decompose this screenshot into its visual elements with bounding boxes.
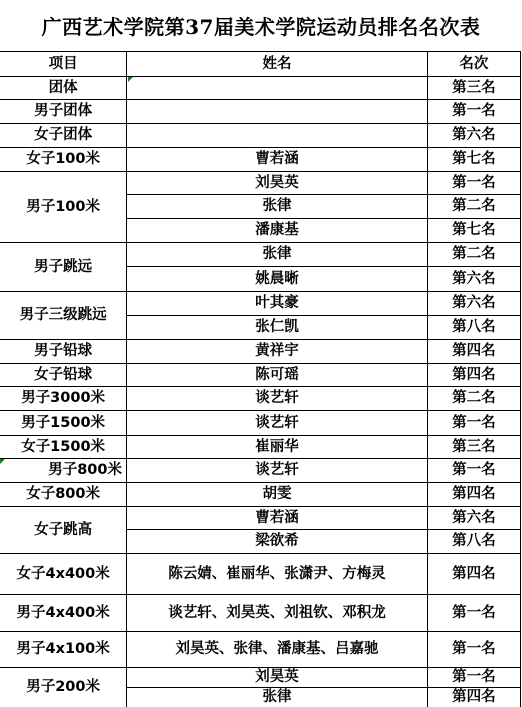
event-cell[interactable]: 女子1500米 (0, 436, 127, 459)
rank-cell[interactable]: 第一名 (427, 459, 520, 483)
table-row: 男子4x100米 刘昊英、张律、潘康基、吕嘉驰 第一名 (0, 632, 521, 668)
cell-comment-marker-icon (0, 459, 5, 464)
rank-cell[interactable]: 第七名 (427, 219, 520, 243)
name-cell[interactable]: 陈云婧、崔丽华、张潇尹、方梅灵 (127, 554, 428, 595)
sheet-title: 广西艺术学院第37届美术学院运动员排名名次表 (0, 0, 522, 51)
event-cell[interactable]: 男子3000米 (0, 387, 127, 411)
event-cell[interactable]: 男子4x100米 (0, 632, 127, 668)
ranking-table: 项目 姓名 名次 团体 第三名 男子团体 第一名 女子团体 第六名 女子100米… (0, 51, 521, 707)
table-row: 女子铅球 陈可瑶 第四名 (0, 364, 521, 387)
table-row: 女子团体 第六名 (0, 124, 521, 148)
rank-cell[interactable]: 第四名 (427, 483, 520, 507)
name-cell[interactable]: 胡雯 (127, 483, 428, 507)
event-cell[interactable]: 女子800米 (0, 483, 127, 507)
name-cell[interactable]: 谈艺轩 (127, 459, 428, 483)
rank-cell[interactable]: 第六名 (427, 292, 520, 316)
header-event[interactable]: 项目 (0, 52, 127, 77)
rank-cell[interactable]: 第二名 (427, 243, 520, 267)
event-cell[interactable]: 男子跳远 (0, 243, 127, 292)
name-cell[interactable]: 姚晨晰 (127, 267, 428, 292)
header-rank[interactable]: 名次 (427, 52, 520, 77)
name-cell[interactable] (127, 100, 428, 124)
rank-cell[interactable]: 第四名 (427, 688, 520, 707)
name-cell[interactable] (127, 124, 428, 148)
event-cell[interactable]: 男子800米 (0, 459, 127, 483)
rank-cell[interactable]: 第七名 (427, 148, 520, 172)
event-cell[interactable]: 男子100米 (0, 172, 127, 243)
table-row: 男子800米 谈艺轩 第一名 (0, 459, 521, 483)
table-row: 男子1500米 谈艺轩 第一名 (0, 411, 521, 436)
rank-cell[interactable]: 第三名 (427, 436, 520, 459)
name-cell[interactable]: 刘昊英 (127, 172, 428, 195)
name-cell[interactable]: 梁欲希 (127, 530, 428, 554)
rank-cell[interactable]: 第二名 (427, 387, 520, 411)
name-cell[interactable] (127, 77, 428, 100)
ranking-table-container: 项目 姓名 名次 团体 第三名 男子团体 第一名 女子团体 第六名 女子100米… (0, 51, 522, 707)
name-cell[interactable]: 张律 (127, 243, 428, 267)
rank-cell[interactable]: 第六名 (427, 507, 520, 530)
table-row: 女子跳高 曹若涵 第六名 (0, 507, 521, 530)
rank-cell[interactable]: 第六名 (427, 124, 520, 148)
name-cell[interactable]: 陈可瑶 (127, 364, 428, 387)
event-cell[interactable]: 男子团体 (0, 100, 127, 124)
rank-cell[interactable]: 第六名 (427, 267, 520, 292)
table-row: 男子200米 刘昊英 第一名 (0, 668, 521, 688)
table-row: 男子3000米 谈艺轩 第二名 (0, 387, 521, 411)
name-cell[interactable]: 刘昊英 (127, 668, 428, 688)
name-cell[interactable]: 张律 (127, 195, 428, 219)
rank-cell[interactable]: 第一名 (427, 632, 520, 668)
event-cell[interactable]: 男子铅球 (0, 340, 127, 364)
name-cell[interactable]: 潘康基 (127, 219, 428, 243)
rank-cell[interactable]: 第三名 (427, 77, 520, 100)
name-cell[interactable]: 谈艺轩、刘昊英、刘祖钦、邓积龙 (127, 595, 428, 632)
rank-cell[interactable]: 第八名 (427, 530, 520, 554)
rank-cell[interactable]: 第四名 (427, 364, 520, 387)
table-row: 男子三级跳远 叶其豪 第六名 (0, 292, 521, 316)
name-cell[interactable]: 曹若涵 (127, 507, 428, 530)
name-cell[interactable]: 谈艺轩 (127, 411, 428, 436)
name-cell[interactable]: 崔丽华 (127, 436, 428, 459)
event-cell[interactable]: 男子4x400米 (0, 595, 127, 632)
name-cell[interactable]: 曹若涵 (127, 148, 428, 172)
rank-cell[interactable]: 第一名 (427, 172, 520, 195)
table-row: 团体 第三名 (0, 77, 521, 100)
name-cell[interactable]: 叶其豪 (127, 292, 428, 316)
header-row: 项目 姓名 名次 (0, 52, 521, 77)
rank-cell[interactable]: 第一名 (427, 411, 520, 436)
table-row: 男子4x400米 谈艺轩、刘昊英、刘祖钦、邓积龙 第一名 (0, 595, 521, 632)
rank-cell[interactable]: 第二名 (427, 195, 520, 219)
event-cell[interactable]: 男子三级跳远 (0, 292, 127, 340)
name-cell[interactable]: 刘昊英、张律、潘康基、吕嘉驰 (127, 632, 428, 668)
rank-cell[interactable]: 第四名 (427, 554, 520, 595)
table-row: 女子1500米 崔丽华 第三名 (0, 436, 521, 459)
table-row: 男子铅球 黄祥宇 第四名 (0, 340, 521, 364)
name-cell[interactable]: 张律 (127, 688, 428, 707)
table-row: 男子团体 第一名 (0, 100, 521, 124)
rank-cell[interactable]: 第一名 (427, 668, 520, 688)
header-name[interactable]: 姓名 (127, 52, 428, 77)
event-cell[interactable]: 女子100米 (0, 148, 127, 172)
rank-cell[interactable]: 第一名 (427, 595, 520, 632)
rank-cell[interactable]: 第八名 (427, 316, 520, 340)
event-cell[interactable]: 男子200米 (0, 668, 127, 707)
rank-cell[interactable]: 第一名 (427, 100, 520, 124)
table-row: 女子100米 曹若涵 第七名 (0, 148, 521, 172)
event-label: 男子800米 (4, 462, 122, 478)
event-cell[interactable]: 男子1500米 (0, 411, 127, 436)
name-cell[interactable]: 黄祥宇 (127, 340, 428, 364)
table-row: 男子100米 刘昊英 第一名 (0, 172, 521, 195)
event-cell[interactable]: 女子4x400米 (0, 554, 127, 595)
rank-cell[interactable]: 第四名 (427, 340, 520, 364)
name-cell[interactable]: 张仁凯 (127, 316, 428, 340)
table-row: 女子800米 胡雯 第四名 (0, 483, 521, 507)
event-cell[interactable]: 女子团体 (0, 124, 127, 148)
event-cell[interactable]: 女子跳高 (0, 507, 127, 554)
event-cell[interactable]: 女子铅球 (0, 364, 127, 387)
table-row: 女子4x400米 陈云婧、崔丽华、张潇尹、方梅灵 第四名 (0, 554, 521, 595)
name-cell[interactable]: 谈艺轩 (127, 387, 428, 411)
table-row: 男子跳远 张律 第二名 (0, 243, 521, 267)
cell-comment-marker-icon (128, 77, 133, 82)
event-cell[interactable]: 团体 (0, 77, 127, 100)
